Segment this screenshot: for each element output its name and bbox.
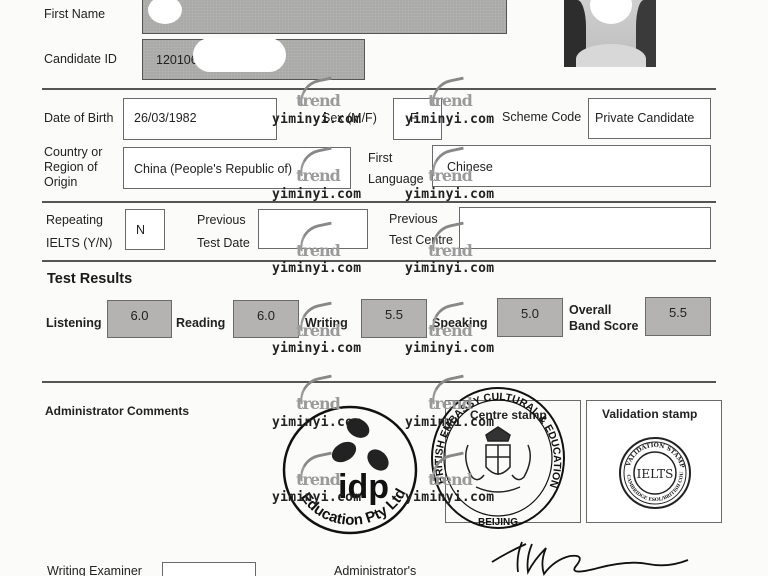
overall-band-label: Overall Band Score	[569, 302, 638, 334]
watermark-text: yiminyi.com	[405, 490, 494, 505]
prev-date-label-line: Previous	[197, 209, 250, 232]
overall-label-line: Overall	[569, 302, 638, 318]
prev-date-label-line: Test Date	[197, 232, 250, 255]
candidate-id-label: Candidate ID	[44, 51, 117, 68]
writing-examiner-field	[162, 562, 256, 576]
watermark-logo: trend	[428, 321, 472, 340]
watermark-logo: trend	[428, 394, 472, 413]
dob-value: 26/03/1982	[134, 111, 197, 125]
watermark-text: yiminyi.com	[405, 415, 494, 430]
dob-field: 26/03/1982	[123, 98, 277, 140]
scheme-code-value: Private Candidate	[595, 111, 694, 125]
overall-band-score: 5.5	[645, 297, 711, 336]
language-label-line: First	[368, 148, 424, 169]
country-value: China (People's Republic of)	[134, 162, 292, 176]
first-name-field	[142, 0, 507, 34]
candidate-photo	[564, 0, 656, 67]
watermark-logo: trend	[428, 241, 472, 260]
watermark-text: yiminyi.com	[405, 261, 494, 276]
scheme-code-field: Private Candidate	[588, 98, 711, 139]
watermark-text: yiminyi.com	[272, 415, 361, 430]
watermark-logo: trend	[296, 241, 340, 260]
administrator-signature-icon	[488, 538, 698, 576]
watermark-text: yiminyi.com	[405, 341, 494, 356]
country-label-line: Country or	[44, 145, 102, 160]
overall-label-line: Band Score	[569, 318, 638, 334]
watermark-text: yiminyi.com	[272, 341, 361, 356]
listening-label: Listening	[46, 315, 102, 332]
repeating-field: N	[125, 209, 165, 250]
divider	[42, 381, 716, 383]
divider	[42, 201, 716, 203]
embassy-stamp-city: BEIJING	[478, 517, 518, 528]
candidate-id-value: 120106	[156, 53, 198, 67]
reading-score: 6.0	[233, 300, 299, 338]
previous-test-date-label: Previous Test Date	[197, 209, 250, 255]
repeating-label: Repeating IELTS (Y/N)	[46, 209, 112, 255]
country-label-line: Origin	[44, 175, 102, 190]
watermark-text: yiminyi.com	[272, 112, 361, 127]
watermark-text: yiminyi.com	[405, 112, 494, 127]
repeating-label-line: Repeating	[46, 209, 112, 232]
watermark-logo: trend	[296, 394, 340, 413]
writing-examiner-label: Writing Examiner	[47, 563, 142, 576]
writing-score: 5.5	[361, 299, 427, 338]
validation-stamp-box: Validation stamp VALIDATION STAMP CAMBRI…	[586, 400, 722, 523]
repeating-value: N	[136, 223, 145, 237]
first-language-label: First Language	[368, 148, 424, 190]
watermark-logo: trend	[428, 470, 472, 489]
redaction-blot	[193, 38, 286, 72]
dob-label: Date of Birth	[44, 110, 113, 127]
watermark-text: yiminyi.com	[405, 187, 494, 202]
first-language-field: Chinese	[432, 145, 711, 187]
listening-score: 6.0	[107, 300, 172, 338]
watermark-text: yiminyi.com	[272, 490, 361, 505]
watermark-text: yiminyi.com	[272, 261, 361, 276]
ielts-stamp-center: IELTS	[637, 467, 674, 481]
watermark-logo: trend	[428, 166, 472, 185]
watermark-text: yiminyi.com	[272, 187, 361, 202]
country-label-line: Region of	[44, 160, 102, 175]
validation-stamp-label: Validation stamp	[602, 406, 697, 422]
watermark-logo: trend	[296, 321, 340, 340]
country-label: Country or Region of Origin	[44, 145, 102, 190]
divider	[42, 88, 716, 90]
ielts-validation-stamp-icon: VALIDATION STAMP CAMBRIDGE ESOL/BRITISH …	[617, 435, 693, 511]
watermark-logo: trend	[296, 166, 340, 185]
previous-test-centre-field	[459, 207, 711, 249]
watermark-logo: trend	[428, 91, 472, 110]
test-results-heading: Test Results	[47, 271, 132, 287]
administrator-signature-label: Administrator's	[334, 563, 416, 576]
divider	[42, 260, 716, 262]
watermark-logo: trend	[296, 91, 340, 110]
repeating-label-line: IELTS (Y/N)	[46, 232, 112, 255]
reading-label: Reading	[176, 315, 225, 332]
watermark-logo: trend	[296, 470, 340, 489]
scheme-code-label: Scheme Code	[502, 109, 581, 126]
first-name-label: First Name	[44, 6, 105, 23]
administrator-comments-label: Administrator Comments	[45, 403, 189, 419]
speaking-score: 5.0	[497, 298, 563, 337]
